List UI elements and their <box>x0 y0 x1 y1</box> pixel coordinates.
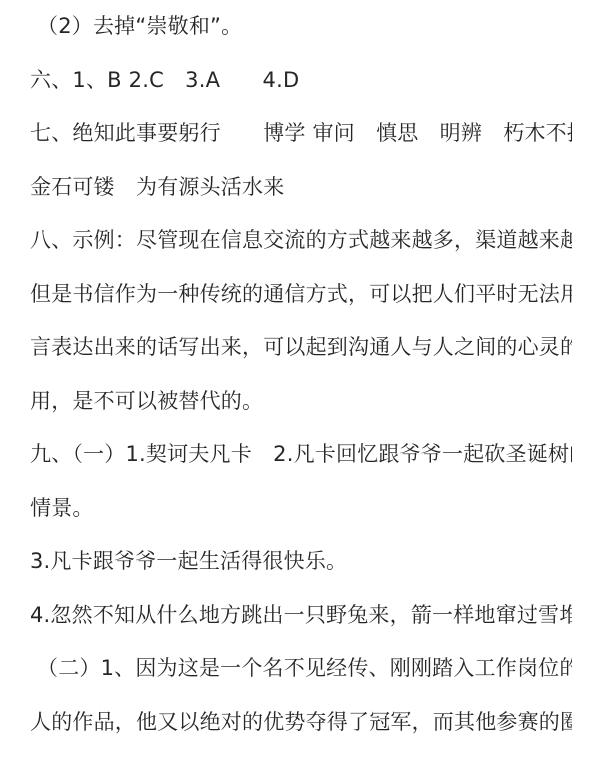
answer-sheet-page: （2）去掉“崇敬和”。六、1、B 2.C 3.A 4.D七、绝知此事要躬行 博学… <box>0 0 594 766</box>
answer-lines: （2）去掉“崇敬和”。六、1、B 2.C 3.A 4.D七、绝知此事要躬行 博学… <box>0 0 594 749</box>
text-line-4: 金石可镂 为有源头活水来 <box>30 161 572 215</box>
text-line-11: 3.凡卡跟爷爷一起生活得很快乐。 <box>30 535 572 589</box>
text-line-8: 用，是不可以被替代的。 <box>30 375 572 429</box>
text-line-6: 但是书信作为一种传统的通信方式，可以把人们平时无法用语 <box>30 268 572 322</box>
text-line-2: 六、1、B 2.C 3.A 4.D <box>30 54 572 108</box>
text-line-3: 七、绝知此事要躬行 博学 审问 慎思 明辨 朽木不折 <box>30 107 572 161</box>
text-line-14: 人的作品，他又以绝对的优势夺得了冠军，而其他参赛的圈内 <box>30 696 572 750</box>
text-line-7: 言表达出来的话写出来，可以起到沟通人与人之间的心灵的作 <box>30 321 572 375</box>
text-line-10: 情景。 <box>30 482 572 536</box>
text-line-12: 4.忽然不知从什么地方跳出一只野兔来，箭一样地窜过雪堆。 <box>30 589 572 643</box>
text-line-9: 九、（一）1.契诃夫凡卡 2.凡卡回忆跟爷爷一起砍圣诞树的 <box>30 428 572 482</box>
text-line-1: （2）去掉“崇敬和”。 <box>30 0 572 54</box>
text-line-5: 八、示例：尽管现在信息交流的方式越来越多，渠道越来越广， <box>30 214 572 268</box>
text-line-13: （二）1、因为这是一个名不见经传、刚刚踏入工作岗位的年轻 <box>30 642 572 696</box>
